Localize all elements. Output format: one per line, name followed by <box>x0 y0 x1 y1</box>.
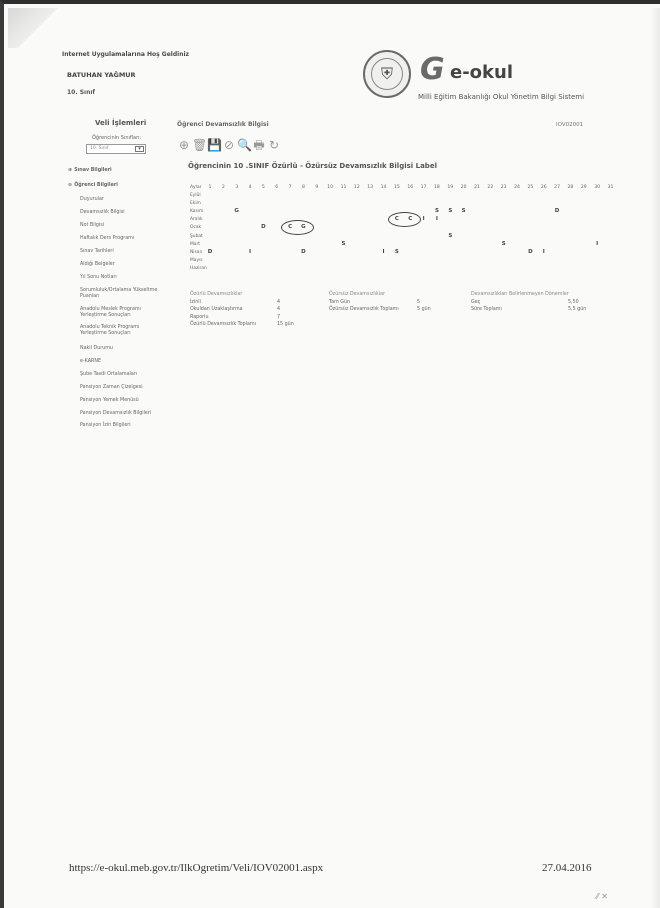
attendance-mark: D <box>552 208 562 214</box>
day-header: 3 <box>232 185 242 190</box>
summary-value: 4 <box>277 306 280 314</box>
summary-value: 5 <box>417 299 420 307</box>
sidebar-item-label: Haftalık Ders Programı <box>80 236 134 241</box>
sidebar-item[interactable]: ⊕Sınav Bilgileri <box>68 167 112 174</box>
day-header: 13 <box>365 185 375 190</box>
day-header: 8 <box>298 185 308 190</box>
day-header: 12 <box>352 185 362 190</box>
summary-row: Tam Gün5 <box>329 299 449 307</box>
sidebar-item[interactable]: Not Bilgisi <box>80 222 104 229</box>
sidebar-item-label: Sınav Bilgileri <box>74 168 111 173</box>
day-header: 19 <box>445 185 455 190</box>
sidebar-item-label: Puanları <box>80 294 99 299</box>
sidebar-item-label: Sınav Tarihleri <box>80 249 114 254</box>
day-header: 22 <box>485 185 495 190</box>
sidebar-item[interactable]: Sınav Tarihleri <box>80 248 114 255</box>
sidebar-item[interactable]: Pansiyon Yemek Menüsü <box>80 397 139 404</box>
sidebar-item[interactable]: Pansiyon Devamsızlık Bilgileri <box>80 410 151 417</box>
sidebar-item[interactable]: Devamsızlık Bilgisi <box>80 209 125 216</box>
summary-label: Tam Gün <box>329 300 350 305</box>
welcome-text: Internet Uygulamalarına Hoş Geldiniz <box>62 51 189 58</box>
month-label: Nisan <box>190 250 202 255</box>
summary-label: İzinli <box>190 300 201 305</box>
attendance-mark: I <box>245 249 255 255</box>
day-header: 17 <box>419 185 429 190</box>
day-header: 11 <box>339 185 349 190</box>
day-header: 27 <box>552 185 562 190</box>
class-select[interactable]: 10. Sınıf ▾ <box>86 144 146 154</box>
student-name: BATUHAN YAĞMUR <box>67 71 136 79</box>
summary-row: Özürlü Devamsızlık Toplamı15 gün <box>190 321 310 329</box>
sidebar-item[interactable]: ⊖Öğrenci Bilgileri <box>68 182 118 189</box>
day-header: 10 <box>325 185 335 190</box>
summary-title: Özürlü Devamsızlıklar <box>190 291 310 299</box>
day-header: 29 <box>579 185 589 190</box>
summary-value: 15 gün <box>277 321 294 329</box>
day-header: 2 <box>218 185 228 190</box>
scanned-page: Internet Uygulamalarına Hoş Geldiniz BAT… <box>0 0 660 908</box>
month-label: Kasım <box>190 209 203 214</box>
summary-row: Geç5,50 <box>471 299 596 307</box>
print-icon[interactable]: 🖶 <box>252 138 266 152</box>
handwritten-circle <box>281 220 314 235</box>
sidebar-item[interactable]: Nakil Durumu <box>80 345 113 352</box>
summary-row: Süre Toplamı5,5 gün <box>471 306 596 314</box>
cancel-icon[interactable]: ⊘ <box>222 138 236 152</box>
month-label: Şubat <box>190 234 203 239</box>
month-label: Aralık <box>190 217 202 222</box>
day-header: 30 <box>592 185 602 190</box>
day-header: 6 <box>272 185 282 190</box>
sidebar-item-label: Şube Tasdi Ortalamaları <box>80 372 137 377</box>
month-label: Ocak <box>190 225 201 230</box>
unspecified-summary: Devamsızlıkları Belirlenmeyen DönemlerGe… <box>471 291 596 314</box>
collapse-icon[interactable]: ⊖ <box>68 182 72 189</box>
sidebar-item-label: Yerleştirme Sonuçları <box>80 331 131 336</box>
toolbar: ⊕🗑💾⊘🔍🖶↻ <box>177 138 281 152</box>
attendance-mark: S <box>459 208 469 214</box>
sidebar-item-label: Yıl Sonu Notları <box>80 275 117 280</box>
attendance-mark: S <box>392 249 402 255</box>
sidebar-item[interactable]: Yıl Sonu Notları <box>80 274 117 281</box>
sidebar-item[interactable]: Duyurular <box>80 196 104 203</box>
sidebar-item-label: Nakil Durumu <box>80 346 113 351</box>
eokul-logo-text: e-okul <box>450 62 513 83</box>
page-edge-shadow <box>650 8 660 908</box>
summary-value: 5,5 gün <box>568 306 586 314</box>
summary-value: 4 <box>277 299 280 307</box>
summary-label: Okuldan Uzaklaştırma <box>190 307 243 312</box>
eokul-logo-icon: G <box>420 56 448 84</box>
sidebar-item-label: Devamsızlık Bilgisi <box>80 210 125 215</box>
excused-summary: Özürlü Devamsızlıklarİzinli4Okuldan Uzak… <box>190 291 310 329</box>
day-header: 15 <box>392 185 402 190</box>
summary-row: Raporlu7 <box>190 314 310 322</box>
sidebar-item[interactable]: Şube Tasdi Ortalamaları <box>80 371 137 378</box>
month-label: Eylül <box>190 193 201 198</box>
attendance-mark: S <box>499 241 509 247</box>
day-header: 24 <box>512 185 522 190</box>
attendance-mark: I <box>379 249 389 255</box>
attendance-mark: I <box>592 241 602 247</box>
summary-value: 7 <box>277 314 280 322</box>
sidebar-item-label: Öğrenci Bilgileri <box>74 183 118 188</box>
sidebar-item[interactable]: Aldığı Belgeler <box>80 261 115 268</box>
day-header: 23 <box>499 185 509 190</box>
sidebar-title: Veli İşlemleri <box>95 119 146 127</box>
month-label: Ekim <box>190 201 201 206</box>
sidebar-item[interactable]: Yerleştirme Sonuçları <box>80 312 131 319</box>
summary-row: İzinli4 <box>190 299 310 307</box>
attendance-mark: S <box>445 233 455 239</box>
attendance-mark: S <box>339 241 349 247</box>
day-header: 1 <box>205 185 215 190</box>
delete-icon[interactable]: 🗑 <box>192 138 206 152</box>
chevron-down-icon[interactable]: ▾ <box>135 146 144 152</box>
summary-label: Özürlü Devamsızlık Toplamı <box>190 322 256 327</box>
attendance-mark: G <box>232 208 242 214</box>
expand-icon[interactable]: ⊕ <box>68 167 72 174</box>
sidebar-item-label: Not Bilgisi <box>80 223 104 228</box>
refresh-icon[interactable]: ↻ <box>267 138 281 152</box>
ministry-subtitle: Milli Eğitim Bakanlığı Okul Yönetim Bilg… <box>418 93 584 101</box>
summary-title: Devamsızlıkları Belirlenmeyen Dönemler <box>471 291 596 299</box>
footer-date: 27.04.2016 <box>542 862 592 874</box>
attendance-mark: S <box>445 208 455 214</box>
section-heading: Öğrencinin 10 .SINIF Özürlü - Özürsüz De… <box>188 162 437 170</box>
handwritten-circle <box>388 212 421 227</box>
day-header: 18 <box>432 185 442 190</box>
attendance-mark: I <box>539 249 549 255</box>
sidebar-item-label: e-KARNE <box>80 359 101 364</box>
day-header: 20 <box>459 185 469 190</box>
summary-label: Süre Toplamı <box>471 307 502 312</box>
sidebar-item-label: Pansiyon Zaman Çizelgesi <box>80 385 143 390</box>
meb-seal-logo <box>363 50 411 98</box>
sidebar-item[interactable]: e-KARNE <box>80 358 101 365</box>
month-label: Mart <box>190 242 200 247</box>
summary-label: Özürsüz Devamsızlık Toplamı <box>329 307 399 312</box>
day-header: 26 <box>539 185 549 190</box>
page-code: IOV02001 <box>556 122 583 128</box>
day-header: 4 <box>245 185 255 190</box>
save-icon[interactable]: 💾 <box>207 138 221 152</box>
month-label: Haziran <box>190 266 207 271</box>
day-header: 16 <box>405 185 415 190</box>
summary-row: Okuldan Uzaklaştırma4 <box>190 306 310 314</box>
sidebar-item-label: Duyurular <box>80 197 104 202</box>
handwritten-mark: ⁄⁄ ✕ <box>596 892 608 901</box>
sidebar-item[interactable]: Haftalık Ders Programı <box>80 235 134 242</box>
sidebar-item[interactable]: Puanları <box>80 293 99 300</box>
attendance-mark: S <box>432 208 442 214</box>
summary-title: Özürsüz Devamsızlıklar <box>329 291 449 299</box>
sidebar-item-label: Aldığı Belgeler <box>80 262 115 267</box>
new-icon[interactable]: ⊕ <box>177 138 191 152</box>
attendance-mark: D <box>525 249 535 255</box>
summary-label: Geç <box>471 300 480 305</box>
page-corner-fold <box>8 8 58 48</box>
day-header: 7 <box>285 185 295 190</box>
student-class: 10. Sınıf <box>67 89 95 96</box>
months-header: Aylar <box>190 185 202 190</box>
day-header: 21 <box>472 185 482 190</box>
search-icon[interactable]: 🔍 <box>237 138 251 152</box>
unexcused-summary: Özürsüz DevamsızlıklarTam Gün5Özürsüz De… <box>329 291 449 314</box>
sidebar-item-label: Yerleştirme Sonuçları <box>80 313 131 318</box>
month-label: Mayıs <box>190 258 203 263</box>
summary-value: 5,50 <box>568 299 579 307</box>
attendance-mark: D <box>205 249 215 255</box>
attendance-mark: I <box>432 216 442 222</box>
day-header: 14 <box>379 185 389 190</box>
day-header: 9 <box>312 185 322 190</box>
summary-value: 5 gün <box>417 306 431 314</box>
sidebar-item-label: Pansiyon Yemek Menüsü <box>80 398 139 403</box>
sidebar-item-label: Pansiyon Devamsızlık Bilgileri <box>80 411 151 416</box>
footer-url: https://e-okul.meb.gov.tr/IlkOgretim/Vel… <box>69 862 323 874</box>
summary-label: Raporlu <box>190 315 209 320</box>
sidebar-item-label: Pansiyon İzin Bilgileri <box>80 423 131 428</box>
attendance-mark: D <box>298 249 308 255</box>
day-header: 31 <box>606 185 616 190</box>
class-select-value: 10. Sınıf <box>90 146 108 151</box>
day-header: 5 <box>258 185 268 190</box>
sidebar-item[interactable]: Pansiyon Zaman Çizelgesi <box>80 384 143 391</box>
attendance-mark: D <box>258 224 268 230</box>
summary-row: Özürsüz Devamsızlık Toplamı5 gün <box>329 306 449 314</box>
class-select-label: Öğrencinin Sınıfları: <box>92 135 141 141</box>
day-header: 28 <box>565 185 575 190</box>
sidebar-item[interactable]: Yerleştirme Sonuçları <box>80 330 131 337</box>
sidebar-item[interactable]: Pansiyon İzin Bilgileri <box>80 422 131 429</box>
content-title: Öğrenci Devamsızlık Bilgisi <box>177 121 269 128</box>
day-header: 25 <box>525 185 535 190</box>
